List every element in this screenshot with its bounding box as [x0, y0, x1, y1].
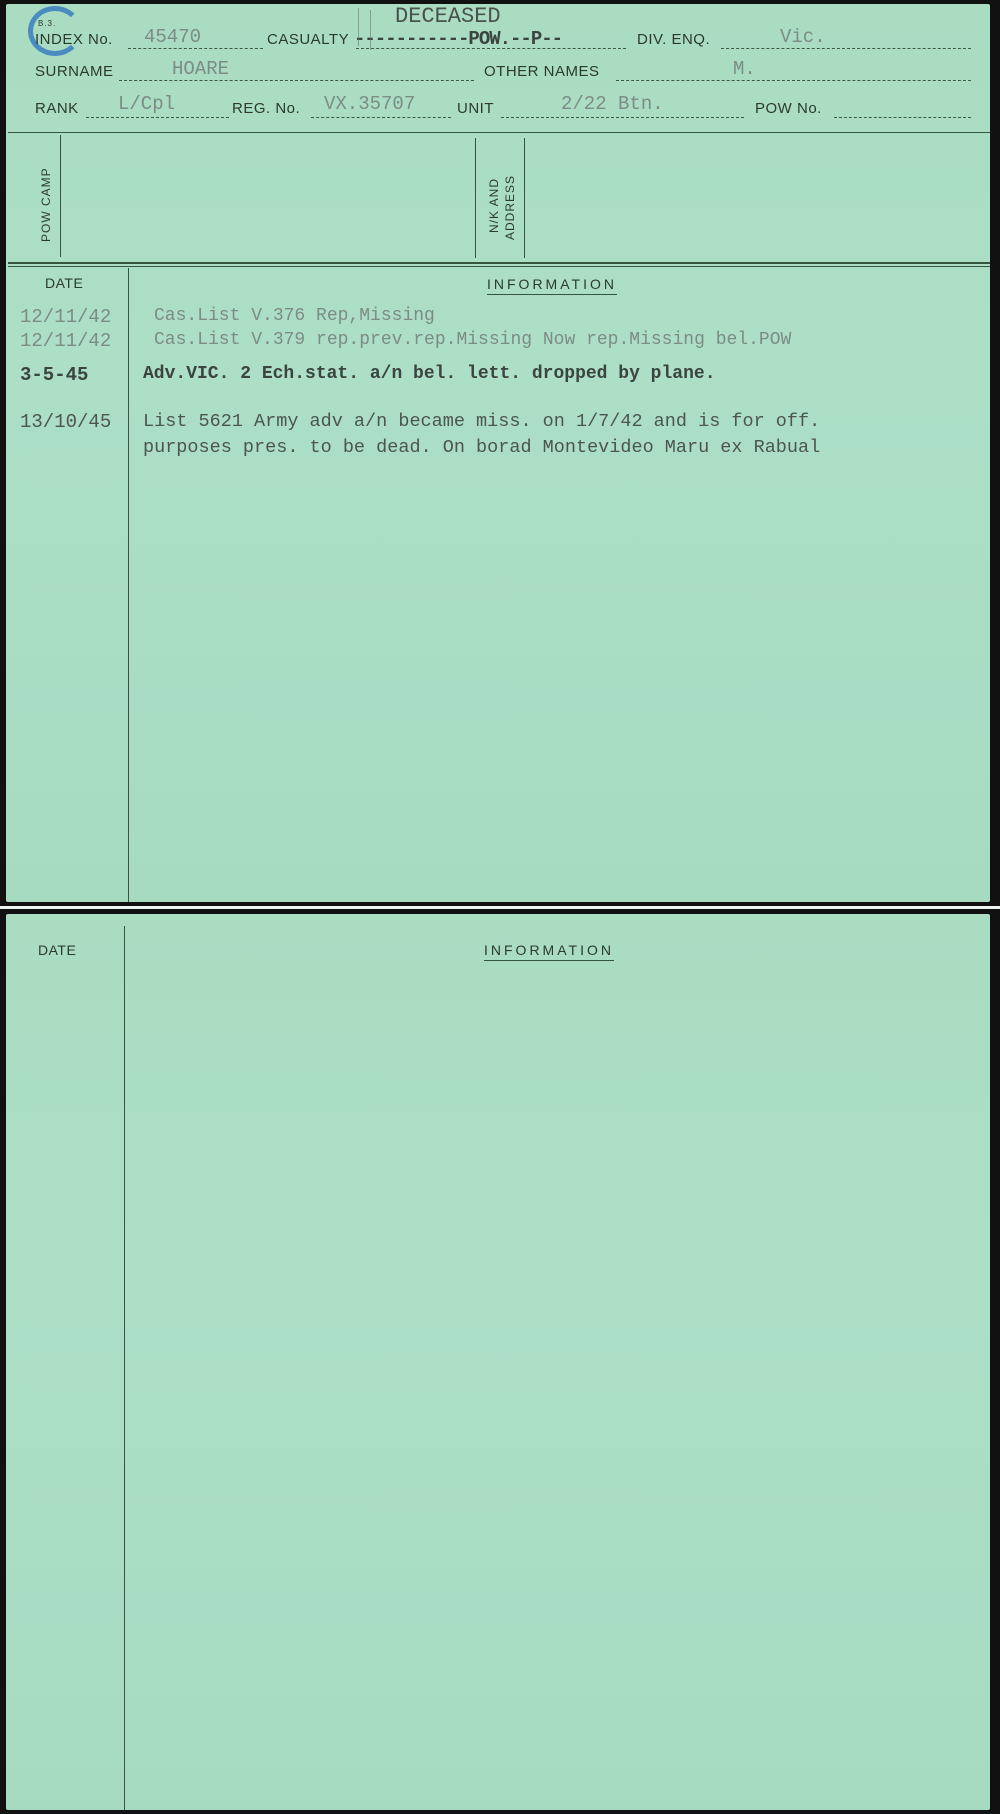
- record-card-front: B.3. INDEX No. 45470 CASUALTY ----------…: [6, 4, 990, 902]
- entry-text: Cas.List V.379 rep.prev.rep.Missing Now …: [154, 330, 791, 350]
- nk-address-label-line2: ADDRESS: [503, 175, 517, 240]
- information-header: INFORMATION: [484, 942, 614, 961]
- pencil-scribble: [358, 8, 359, 46]
- pow-camp-label: POW CAMP: [39, 167, 53, 242]
- entry-date: 3-5-45: [20, 364, 88, 386]
- surname-dotted-line: [119, 80, 474, 81]
- div-enq-dotted-line: [721, 48, 971, 49]
- unit-value: 2/22 Btn.: [561, 93, 664, 115]
- pow-no-label: POW No.: [755, 100, 822, 117]
- date-column-divider: [128, 268, 129, 902]
- date-header: DATE: [38, 942, 76, 958]
- double-rule-top: [8, 262, 990, 264]
- entry-text: Cas.List V.376 Rep,Missing: [154, 306, 435, 326]
- nk-address-label-line1: N/K AND: [487, 178, 501, 233]
- reg-no-dotted-line: [311, 117, 451, 118]
- form-code: B.3.: [38, 19, 56, 28]
- div-enq-label: DIV. ENQ.: [637, 31, 710, 48]
- other-names-value: M.: [733, 58, 756, 80]
- rank-dotted-line: [86, 117, 229, 118]
- pow-no-dotted-line: [834, 117, 971, 118]
- date-header: DATE: [45, 275, 83, 291]
- pow-camp-divider: [60, 135, 61, 257]
- entry-date: 13/10/45: [20, 411, 111, 433]
- entry-text: List 5621 Army adv a/n became miss. on 1…: [143, 411, 820, 432]
- index-label: INDEX No.: [35, 31, 113, 48]
- date-column-divider: [124, 926, 125, 1810]
- unit-dotted-line: [501, 117, 744, 118]
- deceased-stamp: DECEASED: [395, 4, 501, 29]
- entry-text: Adv.VIC. 2 Ech.stat. a/n bel. lett. drop…: [143, 364, 716, 384]
- nk-address-divider-left: [475, 138, 476, 258]
- index-dotted-line: [128, 48, 263, 49]
- casualty-label: CASUALTY: [267, 31, 349, 48]
- rank-label: RANK: [35, 100, 79, 117]
- other-names-label: OTHER NAMES: [484, 63, 600, 80]
- other-names-dotted-line: [616, 80, 971, 81]
- div-enq-value: Vic.: [780, 26, 826, 48]
- entry-date: 12/11/42: [20, 306, 111, 328]
- rank-value: L/Cpl: [118, 93, 175, 115]
- reg-no-label: REG. No.: [232, 100, 300, 117]
- unit-label: UNIT: [457, 100, 494, 117]
- surname-value: HOARE: [172, 58, 229, 80]
- entry-text: purposes pres. to be dead. On borad Mont…: [143, 437, 820, 458]
- header-rule: [8, 132, 990, 133]
- double-rule-bottom: [8, 266, 990, 267]
- record-card-back: DATE INFORMATION: [6, 914, 990, 1810]
- pencil-scribble: [370, 10, 371, 50]
- entry-date: 12/11/42: [20, 330, 111, 352]
- casualty-struck-text: -----------POW.--P--: [354, 28, 562, 50]
- index-value: 45470: [144, 26, 201, 48]
- reg-no-value: VX.35707: [324, 93, 415, 115]
- information-header: INFORMATION: [487, 276, 617, 295]
- card-separator: [0, 906, 1000, 909]
- nk-address-divider-right: [524, 138, 525, 258]
- surname-label: SURNAME: [35, 63, 114, 80]
